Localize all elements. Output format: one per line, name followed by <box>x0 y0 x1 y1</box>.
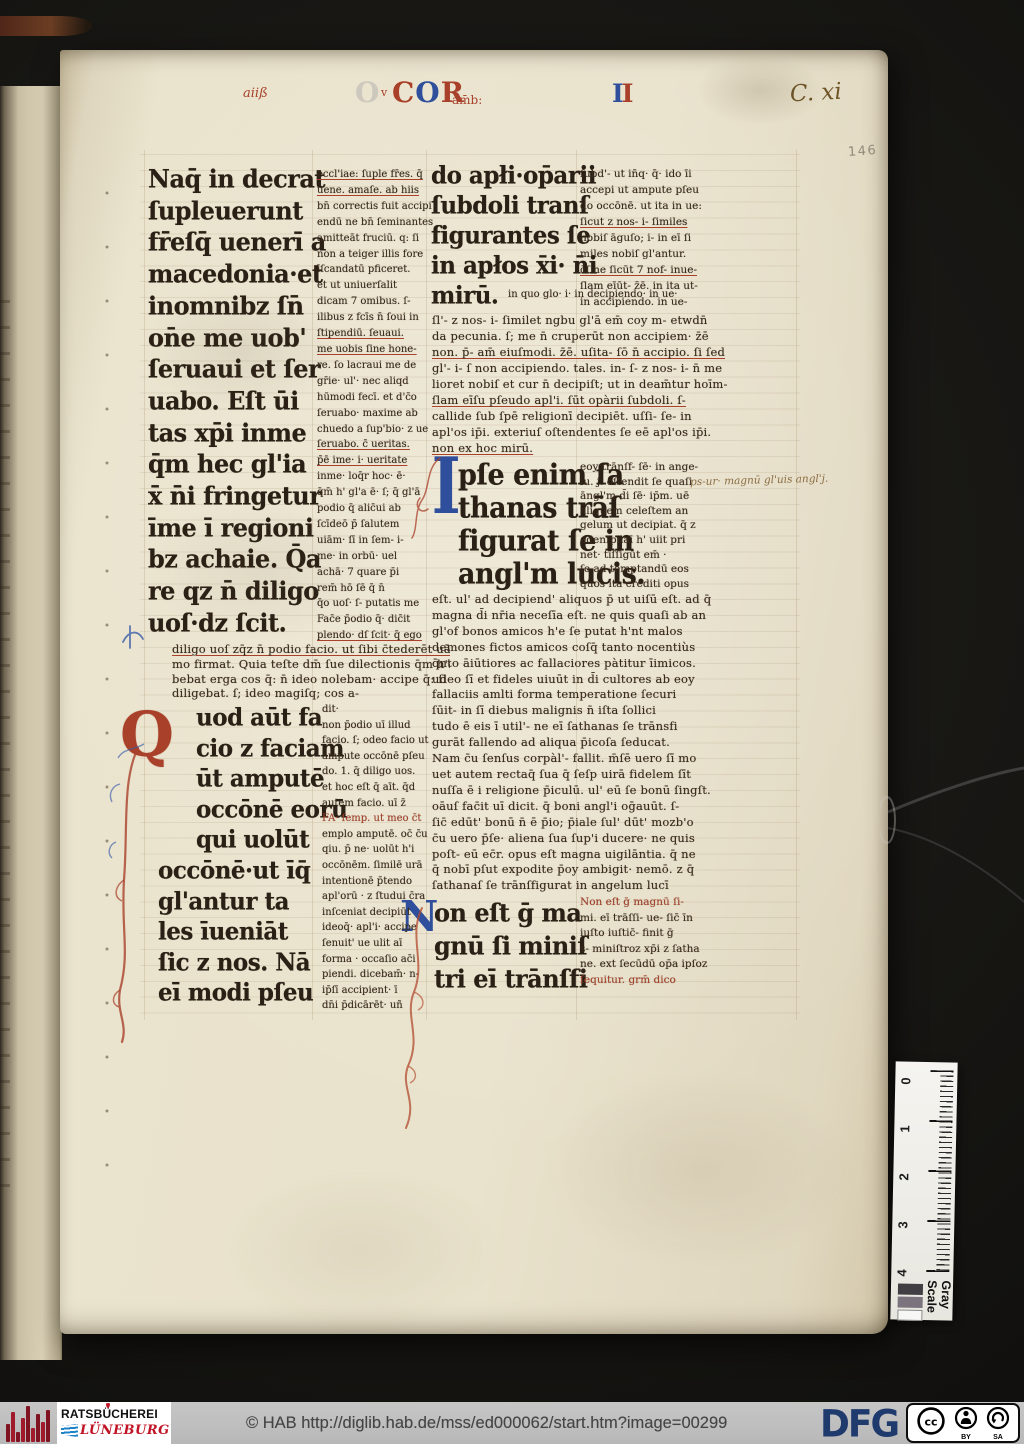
cc-by-icon <box>954 1406 978 1435</box>
library-city: LÜNEBURG <box>80 1423 170 1438</box>
ruler-numbers: 01234 <box>896 1061 958 1062</box>
gloss-line: eoy trānſf- ſē· in ange- <box>580 460 794 475</box>
book-spine-edge <box>0 16 92 36</box>
title-tick-mark: v <box>381 86 387 99</box>
gloss-line: ſubd'- ut in̄q· q̄· ido īi <box>580 166 794 182</box>
gloss-line: mo firmat. Quia teſte dm̄ ſue dilectioni… <box>172 657 450 672</box>
bible-text-line: figurantes ſe <box>431 220 599 252</box>
gloss-line: adenſpnaī h' uiit pri <box>580 533 794 548</box>
gloss-line: chuedo a ſup'bio· z ue <box>317 422 439 438</box>
grayscale-patch-mid <box>898 1296 923 1308</box>
bible-text-line: do apłi·op̄arii <box>431 160 599 192</box>
ruler-number: 0 <box>898 1069 913 1084</box>
gloss-line: ſe ad temptandū eos <box>580 562 794 577</box>
numeral-stroke: I <box>622 79 632 108</box>
gloss-line: īſcandatū pficeret. <box>317 262 439 278</box>
bible-text-line: Naq̄ in decrat <box>148 162 326 196</box>
gloss-line: dn̄i p̄dicārēt· uñ <box>322 998 442 1014</box>
gloss-line: callide ſub ſpē religionī decipiēt. uſſi… <box>432 408 794 424</box>
gloss-line: uene. amaſe. ab hiis <box>317 183 439 199</box>
footer-bar: RATSBÜCHEREI LÜNEBURG © HAB http://digli… <box>0 1402 1024 1444</box>
bible-text-line: x̄ n̄i fringetur <box>148 479 326 513</box>
gloss-line: dit· <box>322 702 442 718</box>
gloss-line: diligebat. ſ; ideo magiſq; cos a- <box>172 686 450 701</box>
cc-sa-icon <box>986 1406 1010 1435</box>
gloss-line: gelum ut decipiat. q̄ z <box>580 518 794 533</box>
gloss-column-middle-lower: dit·non p̄odio uī illudfacio. ſ; odeo fa… <box>322 702 442 1014</box>
cc-by-label: BY <box>961 1434 971 1441</box>
gloss-line: do. 1. q̄ diligo uos. <box>322 764 442 780</box>
gloss-line: q̄nto āiūtiores ac fallaciores pàtitur ī… <box>432 656 796 672</box>
ruler-number: 4 <box>894 1261 909 1276</box>
gloss-line: s- miniſtroz xp̄i z ſatha <box>580 942 796 958</box>
gloss-line: qiu. p̄ ne· uolūt h'i <box>322 842 442 858</box>
gloss-line: endū ne bn̄ ſeminantes <box>317 215 439 231</box>
gloss-line: mi. eī trāſſi- ue- ſic̄ īn <box>580 911 796 927</box>
gloss-line: gr̄ie· ul'· nec aliqd <box>317 374 439 390</box>
bible-text-line: uabo. Eſt ūi <box>148 384 326 418</box>
gloss-line: ampute occōnē pſeu <box>322 749 442 765</box>
offset-ghost-letter: O <box>355 76 379 109</box>
cc-logo-icon: cc <box>916 1406 946 1441</box>
gloss-line: ſic̄ edūt' bonū n̄ ē p̄io; p̄iale ſul' d… <box>432 815 796 831</box>
gloss-line: dicam 7 omibus. ſ- <box>317 294 439 310</box>
gloss-line: tudo ē eis ī util'- ne eī ſathanas ſe tr… <box>432 719 796 735</box>
bible-text-line: on̄e me uob' <box>148 321 326 355</box>
chapter-annotation: C. xi <box>789 79 842 108</box>
gloss-line: me uobis ſine hone- <box>317 342 439 358</box>
gloss-line: oāuſ fac̄it uī dicit. q̄ boni angl'i oḡa… <box>432 799 796 815</box>
gloss-line: āngl'm d̄i ſē· ip̄m. uē <box>580 489 794 504</box>
gloss-line: gl'of bonos amicos h'e ſe putat h'nt mal… <box>432 624 796 640</box>
gloss-line: gurāt fallendo ad aliqua p̄icoſa ſeducat… <box>432 735 796 751</box>
gloss-line: eccl'iae: ſuple fr̄es. q̄ <box>317 167 439 183</box>
gloss-line: amitteāt fruciū. q: ſi <box>317 231 439 247</box>
copyright-url[interactable]: © HAB http://diglib.hab.de/mss/ed000062/… <box>246 1402 727 1444</box>
gloss-line: rem̄ hō ſē q̄ n̄ <box>317 581 439 597</box>
gloss-column-right-upper: ſubd'- ut in̄q· q̄· ido īiaccepi ut ampu… <box>580 166 794 310</box>
dfg-logo[interactable]: DFG <box>820 1403 898 1444</box>
gloss-line: re. ſo lacraui me de <box>317 358 439 374</box>
gloss-line: demones fictos amicos coſq̄ tanto nocent… <box>432 640 796 656</box>
bible-text-line: ſubdoli tranſ <box>431 190 599 222</box>
gloss-line: udeo ſī et fideles uiuūt in d̄i cultores… <box>432 672 796 688</box>
gloss-line: ne. ext ſecūdū op̄a ipſoz <box>580 957 796 973</box>
gray-scale-ruler: 01234 Gray Scale <box>890 1061 957 1320</box>
gloss-line: ſeruabo. c̄ ueritas. <box>317 437 439 453</box>
ruler-cm-ticks <box>926 1070 953 1272</box>
gloss-line: nuſſa ē i religione p̄iculū. ul' eū ſe b… <box>432 783 796 799</box>
gloss-line: apl'os ip̄i. exteriuſ oſtendentes ſe eē … <box>432 424 794 440</box>
ruler-number: 1 <box>897 1117 912 1132</box>
bible-text-line: macedonia·et <box>148 257 326 291</box>
gloss-line: ſl'- z nos- i- ſimilet ngbu gl'ā em̄ coy… <box>432 312 794 328</box>
gloss-line: ip̄ſī accipient· ī <box>322 983 442 999</box>
bible-text-column-left: Naq̄ in decratſupleueruntfr̄eſq̄ uenerī … <box>148 162 326 638</box>
gloss-line: uiām· ſī in ſem- i- <box>317 533 439 549</box>
gloss-line: Nam c̄u ſenſus corpàl'- fallit. m̄ſē uer… <box>432 751 796 767</box>
gloss-wide-upper: diligo uoſ zq̄z n̄ podio facio. ut ſibi … <box>172 642 450 701</box>
gloss-column-right-lower: Non eſt ḡ magnū ſi-mi. eī trāſſi- ue- ſi… <box>580 895 796 988</box>
gloss-wide-lower: eſt. ul' ad decipiend' aliquos p̄ ut uiſ… <box>432 592 796 894</box>
gloss-line: q̄m̄ h' gl'a ē· ſ; q̄ gl'ā <box>317 485 439 501</box>
gloss-line: occōnēm. ſimilē urā <box>322 858 442 874</box>
gloss-line: non p̄odio uī illud <box>322 718 442 734</box>
quire-mark: aiiß <box>243 86 268 101</box>
gloss-wide-middle: ſl'- z nos- i- ſimilet ngbu gl'ā em̄ coy… <box>432 312 794 456</box>
ruler-number: 2 <box>896 1165 911 1180</box>
library-logo-box: RATSBÜCHEREI LÜNEBURG <box>57 1402 171 1444</box>
folio-number-pencil: 146 <box>848 143 878 160</box>
gloss-line: quos ita crediti opus <box>580 577 794 592</box>
bible-text-line: bz achaie. Q̄a <box>148 542 326 576</box>
gloss-line: autem facio. uī z̄ <box>322 796 442 812</box>
page-edge-marks <box>0 300 10 1200</box>
manuscript-page[interactable]: aiiß O v COR am̄b: II C. xi 146 Naq̄ in … <box>60 50 888 1334</box>
gloss-line: net· tīſſigūt em̄ · <box>580 548 794 563</box>
gloss-line: q̄ nobī pſut expodite p̄oy ambigit· nemō… <box>432 862 796 878</box>
bible-text-line: tas xp̄i inme <box>148 416 326 450</box>
gloss-line: non a teiger illis fore <box>317 247 439 263</box>
gloss-line: ſequitur. grm̄ dico <box>580 973 796 989</box>
gloss-line: diligo uoſ zq̄z n̄ podio facio. ut ſibi … <box>172 642 450 657</box>
bible-text-line: īme ī regioni <box>148 511 326 545</box>
prick-marks <box>104 190 110 1170</box>
gloss-line: poſt- eū ec̄r. opus eſt magna uigilāntia… <box>432 847 796 863</box>
gloss-line: podio q̄ alic̄ui ab <box>317 501 439 517</box>
gloss-line: non. p̄- am̄ eiuſmodi. z̄ē. uſita- ſō n̄… <box>432 344 794 360</box>
bible-text-line: q̄m hec gl'ia <box>148 447 326 481</box>
gloss-line: Fac̄e p̄odio q̄· dic̄it <box>317 612 439 628</box>
gloss-line: accepi ut ampute pſeu <box>580 182 794 198</box>
bible-text-line: uoſ·dz ſcit. <box>148 606 326 640</box>
gloss-line: gl'- i- ſ non accipiendo. tales. in- ſ- … <box>432 360 794 376</box>
running-title-suffix: am̄b: <box>452 93 482 107</box>
bible-text-line: fr̄eſq̄ uenerī a <box>148 225 326 259</box>
gloss-line: non ex hoc mirū. <box>432 440 794 456</box>
gloss-line: c̄u uero p̄ſe· aliena ſua ſup'i ducere· … <box>432 831 796 847</box>
gloss-line: apl'orū · z ſtudui c̄ra <box>322 889 442 905</box>
gloss-line: do occōnē. ut ita in ue: <box>580 198 794 214</box>
gloss-line: me· in orbū· uel <box>317 549 439 565</box>
gloss-line: facio. ſ; odeo facio ut <box>322 733 442 749</box>
gloss-line: ſathanaſ ſe trānſfigurat in angelum lucī <box>432 878 796 894</box>
gloss-line: piendi. dicebam̄· n- <box>322 967 442 983</box>
gloss-line: miles nobiſ gl'antur. <box>580 246 794 262</box>
gloss-line: da pecunia. ſ; me n̄ cruperūt non accipi… <box>432 328 794 344</box>
gloss-line: ilibus z fcīs n̄ ſoui in <box>317 310 439 326</box>
gloss-line: ſenuit' ue ulit aī <box>322 936 442 952</box>
manuscript-photo[interactable]: aiiß O v COR am̄b: II C. xi 146 Naq̄ in … <box>0 0 1024 1402</box>
gloss-line: uet autem rectaq̄ ſua q̄ ſeſp uirā fidel… <box>432 767 796 783</box>
grayscale-patch-dark <box>898 1283 923 1295</box>
gloss-line: forma · occaſio ac̄i <box>322 952 442 968</box>
library-bars-logo <box>6 1404 51 1442</box>
gloss-line: bebat erga cos q̄: n̄ ideo nolebam· acci… <box>172 672 450 687</box>
gloss-line: magna d̄i nr̄ia neceſīa eſt. ne quis qua… <box>432 608 796 624</box>
gloss-line: ſcīdeō p̄ ſalutem <box>317 517 439 533</box>
grayscale-patch-white <box>897 1309 922 1321</box>
gloss-line: nobiſ āguſo; i- in eī ſi <box>580 230 794 246</box>
bible-text-line: ſeruaui et ſer <box>148 352 326 386</box>
running-title-letter: C <box>392 76 415 109</box>
gloss-line: et hoc eſt q̄ aīt. q̄d <box>322 780 442 796</box>
book-waves-icon <box>61 1424 78 1437</box>
gloss-line: eſt. ul' ad decipiend' aliquos p̄ ut uiſ… <box>432 592 796 608</box>
page-holder-strap <box>880 750 1024 1080</box>
svg-text:cc: cc <box>924 1415 937 1428</box>
column-rule <box>144 150 145 1020</box>
gloss-line: intentionē p̄tendo <box>322 874 442 890</box>
gloss-line: emplo amputē. oc̄ c̄u <box>322 827 442 843</box>
gloss-line: et ut uniuerſalit <box>317 278 439 294</box>
gloss-line: in accipiendo. in ue- <box>580 294 794 310</box>
gloss-line: Non eſt ḡ magnū ſi- <box>580 895 796 911</box>
numeral-stroke: I <box>612 79 622 108</box>
gloss-line: c̄ſ ne ſicūt 7 nof- inue- <box>580 262 794 278</box>
bible-text-line: ſupleuerunt <box>148 194 326 228</box>
cc-license-badge[interactable]: cc BY SA <box>906 1403 1020 1443</box>
gloss-line: ſicut z nos- i- ſimiles <box>580 214 794 230</box>
gloss-line: hūmodi fecī. et d'c̄o <box>317 390 439 406</box>
gloss-line: ſeruabo· maxime ab <box>317 406 439 422</box>
bible-text-line: inomnibz ſn̄ <box>148 289 326 323</box>
gray-scale-label: Gray Scale <box>924 1280 953 1325</box>
gloss-line: ſtipendiū. ſeuaui. <box>317 326 439 342</box>
gloss-line: q̄o uoſ· ſ- putatis me <box>317 596 439 612</box>
gloss-line: ſlam eīūt- z̄ē. in ita ut- <box>580 278 794 294</box>
gloss-line: ideoq̄· apl'i· accipe <box>322 920 442 936</box>
gloss-line: fallaciis amlti forma temperatione ſecur… <box>432 687 796 703</box>
library-name: RATSBÜCHEREI <box>61 1407 158 1421</box>
bible-text-line: in apłos x̄i· n̄i <box>431 250 599 282</box>
cc-sa-label: SA <box>993 1434 1003 1441</box>
gloss-line: inſceniat decipiūt <box>322 905 442 921</box>
bible-text-line: re qz n̄ diligo <box>148 574 326 608</box>
gloss-line: ſlam eīſu pſeudo apl'i. ſūt opàrii ſubdo… <box>432 392 794 408</box>
gloss-line: p̄ē ime· i· ueritate <box>317 453 439 469</box>
gloss-line: iuſto iuſtic̄- finit ḡ <box>580 926 796 942</box>
gloss-column-middle-upper: eccl'iae: ſuple fr̄es. q̄uene. amaſe. ab… <box>317 167 439 644</box>
gloss-line: achā· 7 quare p̄i <box>317 565 439 581</box>
gloss-line: ſūit- in ſī diebus malignis n̄ iſta ſoll… <box>432 703 796 719</box>
gloss-line: bn̄ correctis fuit accipi <box>317 199 439 215</box>
ruler-number: 3 <box>895 1213 910 1228</box>
running-title-letter: O <box>415 76 440 109</box>
gloss-line: FA· ſemp. ut meo c̄t <box>322 811 442 827</box>
blue-paraph-mark <box>118 622 146 652</box>
column-rule <box>796 150 797 1020</box>
book-numeral: II <box>612 79 631 108</box>
gloss-line: lioret nobiſ et cur n̄ decipiſt; ut in d… <box>432 376 794 392</box>
gloss-line: inme· loq̄r hoc· ē· <box>317 469 439 485</box>
gloss-line: aliquem celeſtem an <box>580 504 794 519</box>
